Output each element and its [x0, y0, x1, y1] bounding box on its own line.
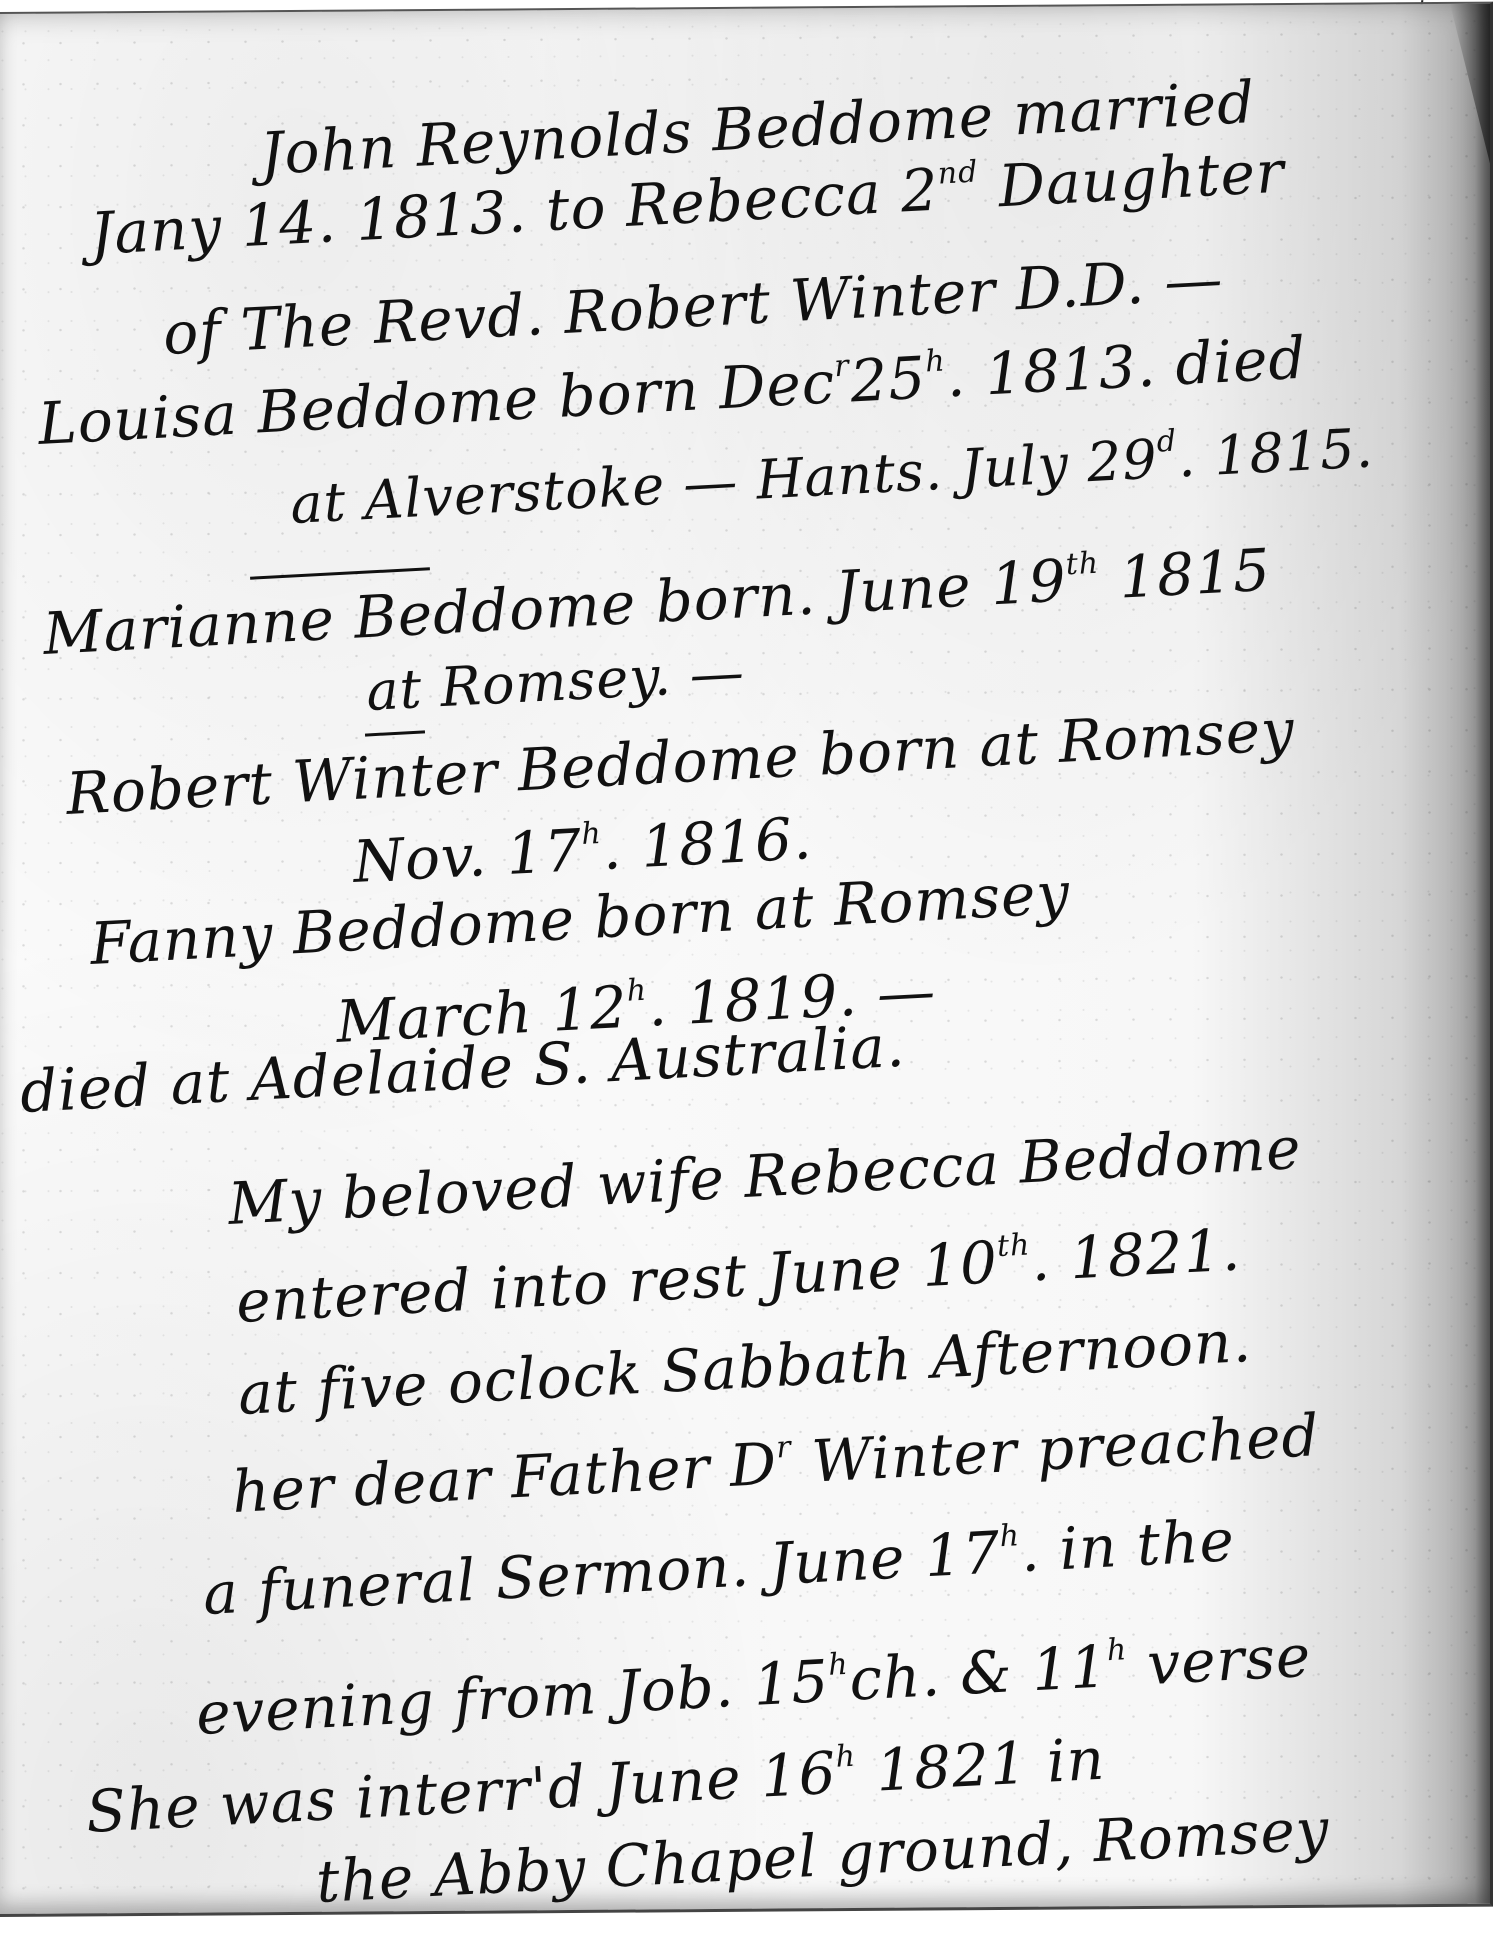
superscript: h — [999, 1518, 1021, 1554]
superscript: h — [827, 1647, 849, 1683]
text: . 1816. — [601, 804, 814, 883]
superscript: h — [580, 816, 602, 852]
superscript: d — [1156, 424, 1178, 460]
superscript: th — [1065, 546, 1100, 583]
text: verse — [1126, 1622, 1313, 1700]
superscript: h — [1106, 1632, 1128, 1668]
superscript: h — [626, 973, 648, 1009]
superscript: th — [996, 1227, 1031, 1264]
superscript: r — [775, 1430, 792, 1466]
superscript: nd — [937, 155, 979, 192]
text: 25 — [849, 344, 928, 416]
text: . 1815. — [1176, 416, 1375, 489]
text: . in the — [1019, 1506, 1236, 1585]
text: 1815 — [1098, 536, 1272, 613]
text: ch. & 11 — [848, 1632, 1110, 1713]
text: 1821 in — [855, 1725, 1107, 1806]
text: Nov. 17 — [351, 816, 583, 896]
superscript: h — [924, 343, 946, 379]
page-corner-shadow — [1450, 4, 1490, 164]
text: . 1821. — [1029, 1215, 1242, 1294]
superscript: h — [835, 1739, 857, 1775]
